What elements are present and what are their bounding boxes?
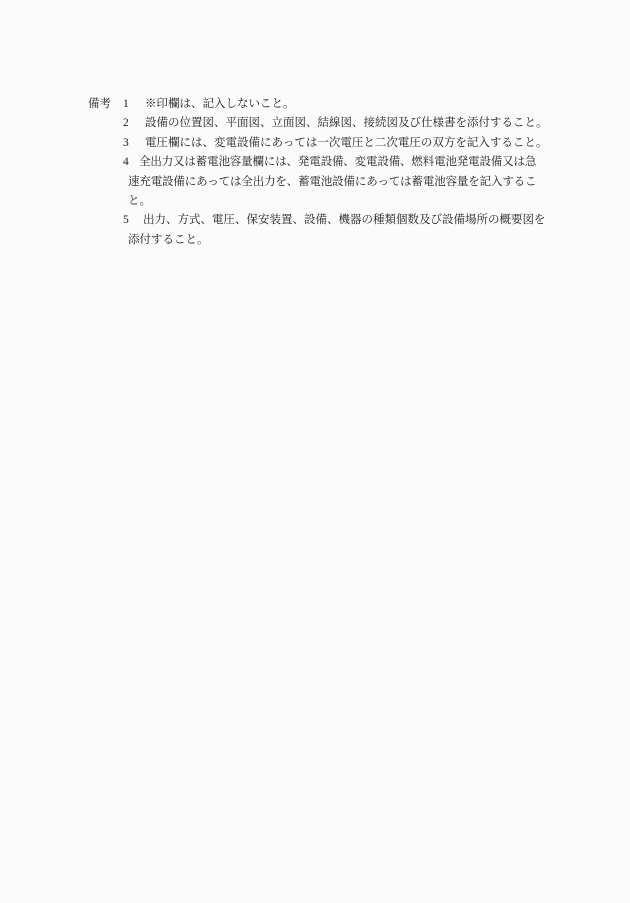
remark-1-text: ※印欄は、記入しないこと。	[145, 98, 295, 110]
remark-2-text: 設備の位置図、平面図、立面図、結線図、接続図及び仕様書を添付すること。	[145, 117, 548, 129]
item-3-number: 3	[123, 134, 145, 153]
remark-row-2: 2設備の位置図、平面図、立面図、結線図、接続図及び仕様書を添付すること。	[123, 114, 630, 133]
remark-row-3: 3電圧欄には、変電設備にあっては一次電圧と二次電圧の双方を記入すること。	[123, 134, 630, 153]
item-4-number: 4	[123, 153, 139, 172]
document-page: 備考1※印欄は、記入しないこと。 2設備の位置図、平面図、立面図、結線図、接続図…	[0, 0, 630, 903]
remark-4-text-line-1: 全出力又は蓄電池容量欄には、発電設備、変電設備、燃料電池発電設備又は急	[139, 156, 536, 168]
item-2-number: 2	[123, 114, 145, 133]
item-5-number: 5	[123, 211, 143, 230]
remark-row-4: 4全出力又は蓄電池容量欄には、発電設備、変電設備、燃料電池発電設備又は急	[123, 153, 630, 172]
remark-row-4-cont-2: と。	[128, 192, 630, 211]
remark-5-text-line-1: 出力、方式、電圧、保安装置、設備、機器の種類個数及び設備場所の概要図を	[143, 214, 546, 226]
remarks-label: 備考	[88, 95, 123, 114]
remark-4-text-line-2: 速充電設備にあっては全出力を、蓄電池設備にあっては蓄電池容量を記入するこ	[128, 176, 536, 188]
item-1-number: 1	[123, 95, 145, 114]
remark-5-text-line-2: 添付すること。	[128, 234, 209, 246]
remarks-block: 備考1※印欄は、記入しないこと。 2設備の位置図、平面図、立面図、結線図、接続図…	[0, 95, 630, 250]
remark-4-text-line-3: と。	[128, 195, 151, 207]
remark-row-1: 備考1※印欄は、記入しないこと。	[88, 95, 630, 114]
remark-row-4-cont-1: 速充電設備にあっては全出力を、蓄電池設備にあっては蓄電池容量を記入するこ	[128, 173, 630, 192]
remark-row-5-cont-1: 添付すること。	[128, 231, 630, 250]
remark-row-5: 5出力、方式、電圧、保安装置、設備、機器の種類個数及び設備場所の概要図を	[123, 211, 630, 230]
remark-3-text: 電圧欄には、変電設備にあっては一次電圧と二次電圧の双方を記入すること。	[145, 137, 547, 149]
